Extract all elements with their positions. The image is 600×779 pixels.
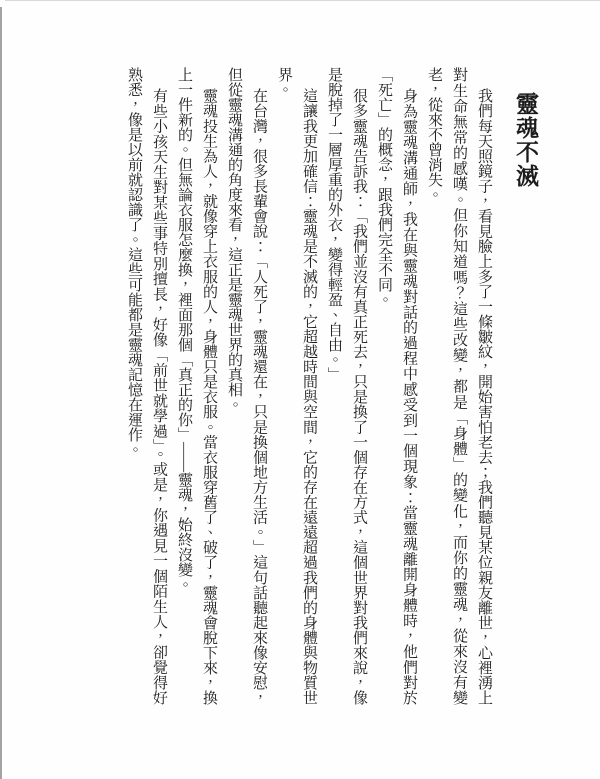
scanned-page: 靈魂不滅 我們每天照鏡子，看見臉上多了一條皺紋，開始害怕老去；我們聽見某位親友離… bbox=[0, 0, 600, 779]
paragraph-3: 很多靈魂告訴我：「我們並沒有真正死去，只是換了一個存在方式，這個世界對我們來說，… bbox=[321, 67, 371, 705]
page-left-edge-line bbox=[0, 7, 2, 779]
paragraph-7: 有些小孩天生對某些事特別擅長，好像「前世就學過」。或是，你遇見一個陌生人，卻覺得… bbox=[121, 67, 171, 705]
page-title: 靈魂不滅 bbox=[505, 67, 545, 705]
page-top-edge-line bbox=[5, 0, 600, 1]
paragraph-1: 我們每天照鏡子，看見臉上多了一條皺紋，開始害怕老去；我們聽見某位親友離世，心裡湧… bbox=[421, 67, 496, 705]
paragraph-5: 在台灣，很多長輩會說：「人死了，靈魂還在，只是換個地方生活。」這句話聽起來像安慰… bbox=[221, 67, 271, 705]
vertical-text-article: 靈魂不滅 我們每天照鏡子，看見臉上多了一條皺紋，開始害怕老去；我們聽見某位親友離… bbox=[121, 67, 545, 705]
paragraph-2: 身為靈魂溝通師，我在與靈魂對話的過程中感受到一個現象：當靈魂離開身體時，他們對於… bbox=[371, 67, 421, 705]
paragraph-4: 這讓我更加確信：靈魂是不滅的，它超越時間與空間，它的存在遠遠超過我們的身體與物質… bbox=[271, 67, 321, 705]
paragraph-6: 靈魂投生為人，就像穿上衣服的人，身體只是衣服。當衣服穿舊了、破了，靈魂會脫下來，… bbox=[171, 67, 221, 705]
